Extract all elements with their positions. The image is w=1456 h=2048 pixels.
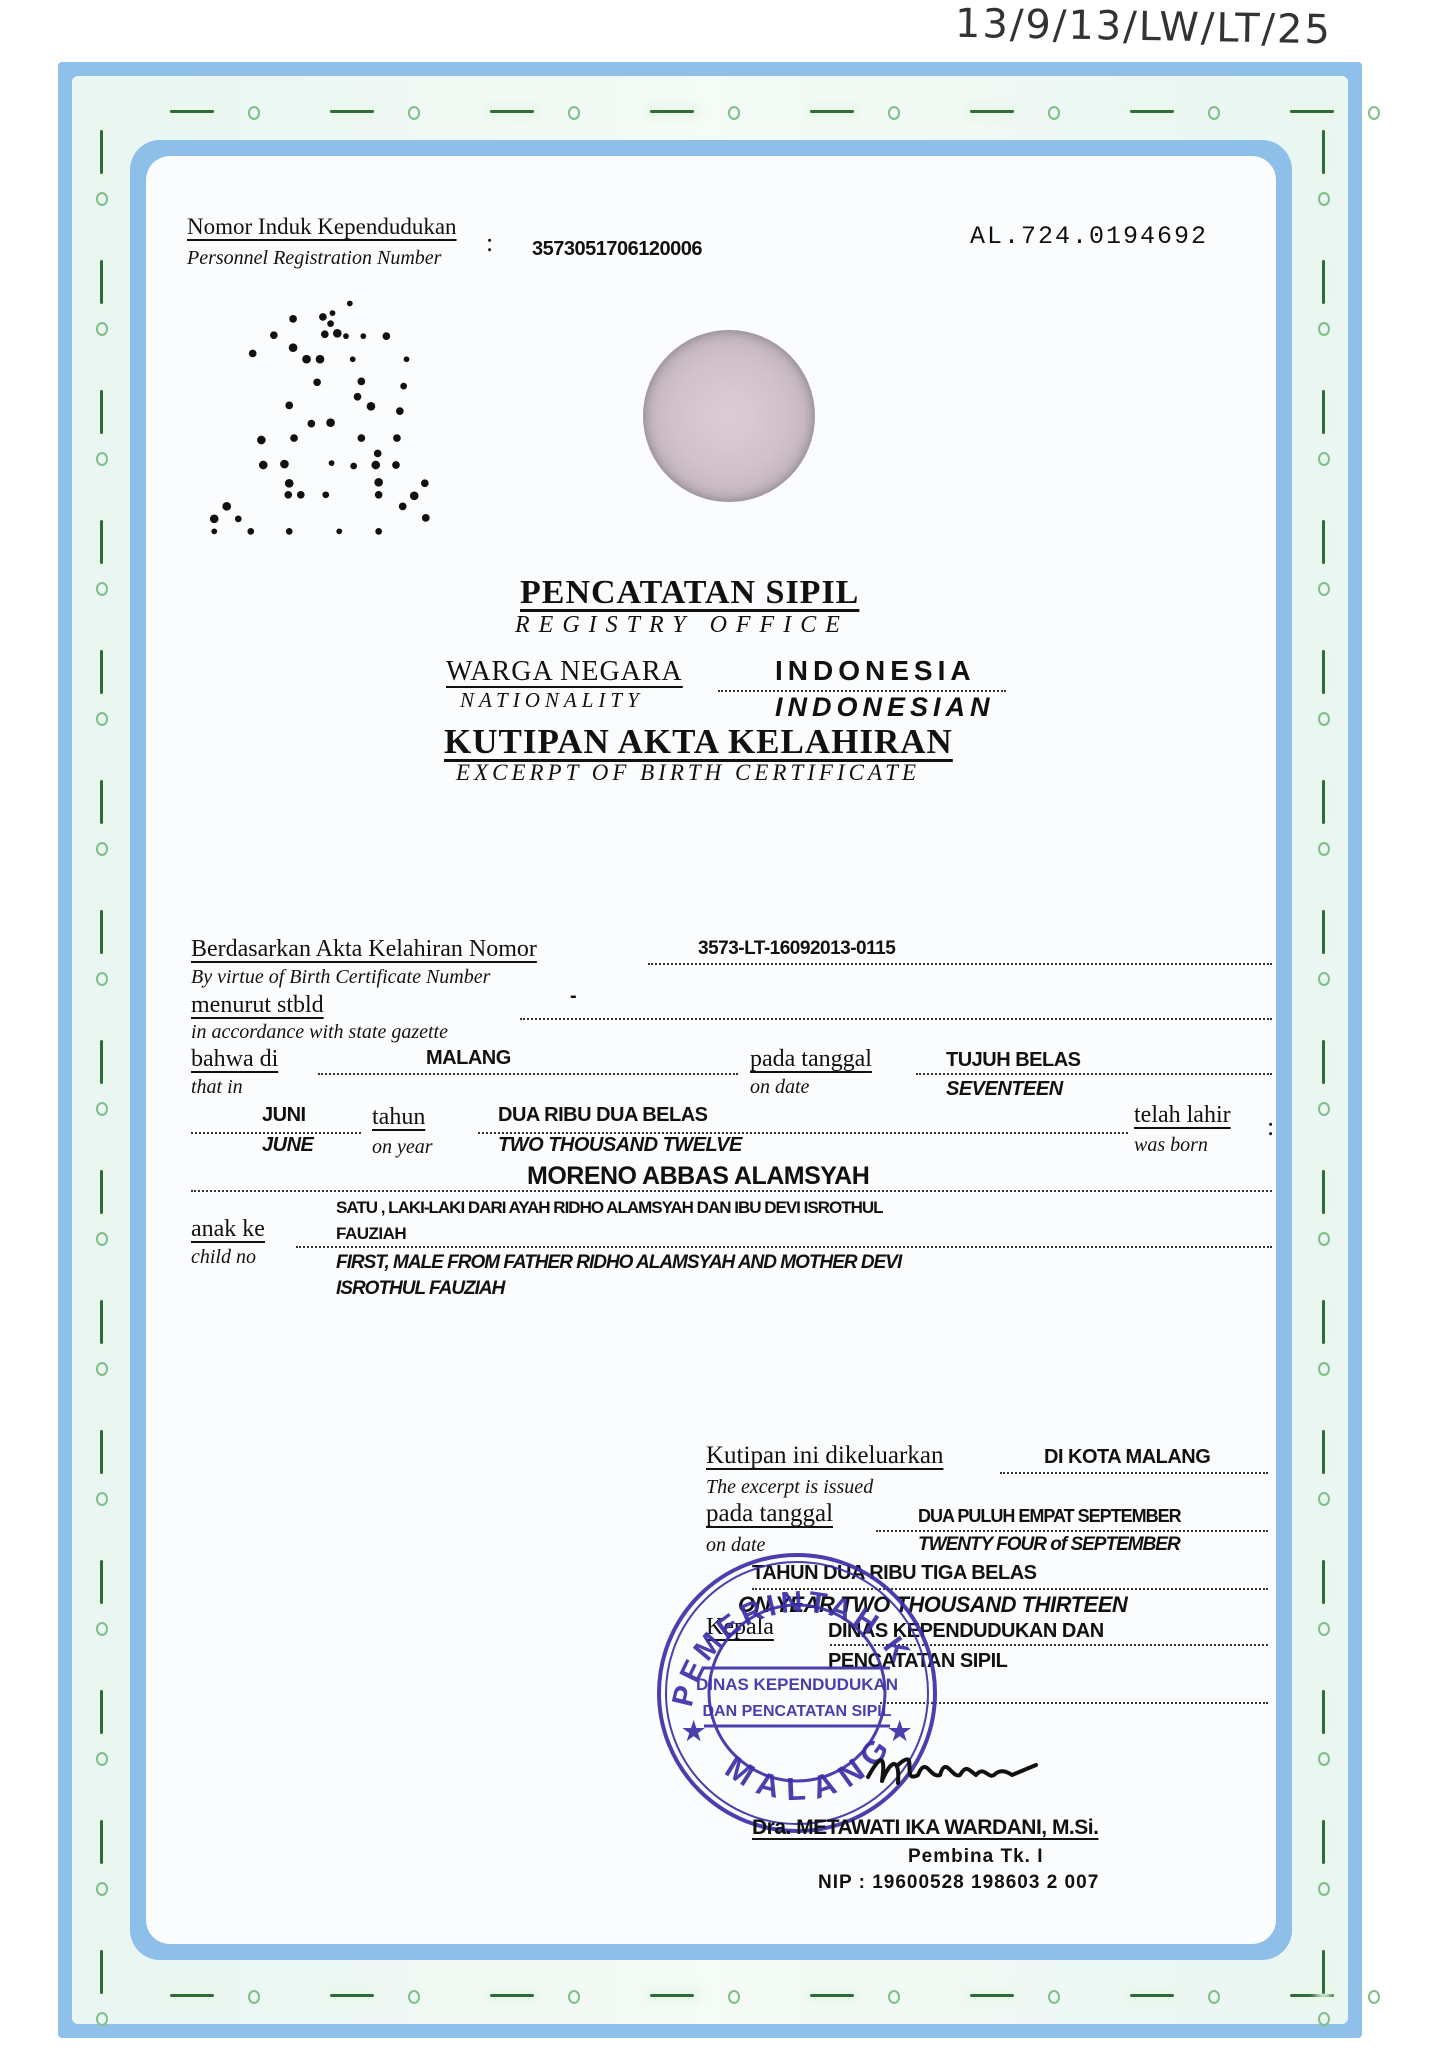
border-ornament — [96, 1102, 108, 1116]
cert-number-label: Berdasarkan Akta Kelahiran Nomor — [191, 936, 537, 963]
cert-number-label-en: By virtue of Birth Certificate Number — [191, 966, 490, 989]
border-ornament — [1208, 1990, 1220, 2004]
birth-year-label: tahun — [372, 1104, 425, 1131]
border-ornament — [408, 1990, 420, 2004]
serial-number: AL.724.0194692 — [970, 222, 1208, 251]
border-ornament — [100, 520, 103, 564]
border-ornament — [1318, 972, 1330, 986]
border-ornament — [1322, 1040, 1325, 1084]
border-ornament — [1322, 390, 1325, 434]
border-ornament — [970, 1994, 1014, 1997]
border-ornament — [96, 1362, 108, 1376]
border-ornament — [100, 1560, 103, 1604]
border-ornament — [1322, 1170, 1325, 1214]
svg-text:DINAS KEPENDUDUKAN: DINAS KEPENDUDUKAN — [696, 1675, 898, 1694]
border-ornament — [1322, 1820, 1325, 1864]
place-value: MALANG — [426, 1047, 511, 1070]
border-ornament — [1368, 106, 1380, 120]
border-ornament — [96, 192, 108, 206]
border-ornament — [96, 1622, 108, 1636]
border-ornament — [1318, 322, 1330, 336]
border-ornament — [170, 110, 214, 113]
border-ornament — [96, 582, 108, 596]
border-ornament — [568, 106, 580, 120]
signature — [860, 1735, 1060, 1805]
border-ornament — [888, 1990, 900, 2004]
nationality-value: INDONESIA — [775, 655, 976, 687]
issue-date-label: pada tanggal — [706, 1500, 833, 1528]
border-ornament — [1322, 1690, 1325, 1734]
border-ornament — [96, 842, 108, 856]
border-ornament — [728, 1990, 740, 2004]
border-ornament — [96, 1882, 108, 1896]
border-ornament — [1318, 842, 1330, 856]
border-ornament — [1130, 1994, 1174, 1997]
issue-date-value: DUA PULUH EMPAT SEPTEMBER — [918, 1506, 1181, 1527]
child-no-dots — [296, 1246, 1272, 1248]
border-ornament — [810, 1994, 854, 1997]
border-ornament — [96, 452, 108, 466]
issue-date-value-en: TWENTY FOUR of SEPTEMBER — [918, 1534, 1180, 1556]
border-ornament — [330, 1994, 374, 1997]
border-ornament — [970, 110, 1014, 113]
border-ornament — [248, 106, 260, 120]
birth-date-value-en: SEVENTEEN — [946, 1078, 1063, 1101]
office-title: PENCATATAN SIPIL — [520, 574, 859, 612]
border-ornament — [100, 1820, 103, 1864]
child-no-value-line1: SATU , LAKI-LAKI DARI AYAH RIDHO ALAMSYA… — [336, 1198, 883, 1218]
signatory-nip: NIP : 19600528 198603 2 007 — [818, 1872, 1099, 1894]
border-ornament — [96, 1492, 108, 1506]
border-ornament — [96, 2012, 108, 2026]
child-no-label: anak ke — [191, 1216, 265, 1243]
border-ornament — [1318, 192, 1330, 206]
border-ornament — [568, 1990, 580, 2004]
border-ornament — [1322, 260, 1325, 304]
stbld-label-en: in accordance with state gazette — [191, 1021, 448, 1044]
birth-month-value: JUNI — [262, 1104, 306, 1127]
issued-value: DI KOTA MALANG — [1044, 1446, 1210, 1469]
border-ornament — [1322, 910, 1325, 954]
border-ornament — [100, 1430, 103, 1474]
border-ornament — [1290, 110, 1334, 113]
border-ornament — [100, 390, 103, 434]
border-ornament — [1368, 1990, 1380, 2004]
born-label: telah lahir — [1134, 1102, 1231, 1129]
birth-year-value: DUA RIBU DUA BELAS — [498, 1104, 708, 1127]
border-ornament — [1322, 520, 1325, 564]
nik-value: 3573051706120006 — [532, 238, 702, 261]
signatory-name: Dra. METAWATI IKA WARDANI, M.Si. — [752, 1816, 1098, 1840]
border-ornament — [728, 106, 740, 120]
border-ornament — [650, 1994, 694, 1997]
border-ornament — [96, 322, 108, 336]
border-ornament — [1322, 1950, 1325, 1994]
border-ornament — [100, 1040, 103, 1084]
border-ornament — [100, 1170, 103, 1214]
embossed-seal — [643, 330, 815, 502]
border-ornament — [1322, 1560, 1325, 1604]
border-ornament — [1322, 780, 1325, 824]
border-ornament — [490, 1994, 534, 1997]
border-ornament — [100, 260, 103, 304]
birth-year-value-en: TWO THOUSAND TWELVE — [498, 1134, 742, 1157]
border-ornament — [1322, 1430, 1325, 1474]
signatory-rank: Pembina Tk. I — [908, 1846, 1043, 1868]
border-ornament — [96, 1232, 108, 1246]
border-ornament — [1318, 452, 1330, 466]
border-ornament — [1318, 1362, 1330, 1376]
border-ornament — [100, 1950, 103, 1994]
border-ornament — [1048, 106, 1060, 120]
border-ornament — [100, 910, 103, 954]
child-no-value-line2: FAUZIAH — [336, 1224, 406, 1244]
border-ornament — [248, 1990, 260, 2004]
border-ornament — [100, 780, 103, 824]
stbld-label: menurut stbld — [191, 992, 324, 1019]
border-ornament — [1318, 2012, 1330, 2026]
border-ornament — [1048, 1990, 1060, 2004]
border-ornament — [96, 1752, 108, 1766]
border-ornament — [810, 110, 854, 113]
stbld-dots — [520, 1018, 1272, 1020]
child-no-value-en-line1: FIRST, MALE FROM FATHER RIDHO ALAMSYAH A… — [336, 1252, 901, 1274]
border-ornament — [1318, 1102, 1330, 1116]
svg-text:DAN PENCATATAN SIPIL: DAN PENCATATAN SIPIL — [702, 1703, 891, 1720]
place-dots — [318, 1073, 738, 1075]
border-ornament — [330, 110, 374, 113]
birth-date-value: TUJUH BELAS — [946, 1049, 1081, 1072]
border-ornament — [1318, 582, 1330, 596]
border-ornament — [1318, 712, 1330, 726]
office-title-en: REGISTRY OFFICE — [515, 612, 849, 639]
cert-number-dots — [648, 963, 1272, 965]
handwritten-reference: 13/9/13/LW/LT/25 — [955, 1, 1333, 54]
border-ornament — [1318, 1622, 1330, 1636]
birth-date-label: pada tanggal — [750, 1046, 872, 1073]
border-ornament — [1318, 1882, 1330, 1896]
nationality-label-en: NATIONALITY — [460, 688, 644, 713]
nik-label: Nomor Induk Kependudukan — [187, 214, 457, 240]
birth-month-value-en: JUNE — [262, 1134, 313, 1157]
issue-date-dots — [876, 1530, 1268, 1532]
document-title-en: EXCERPT OF BIRTH CERTIFICATE — [456, 760, 920, 786]
nik-label-en: Personnel Registration Number — [187, 247, 441, 270]
border-ornament — [1322, 130, 1325, 174]
border-ornament — [1208, 106, 1220, 120]
birth-year-label-en: on year — [372, 1136, 433, 1159]
border-ornament — [96, 712, 108, 726]
border-ornament — [1318, 1752, 1330, 1766]
nationality-label: WARGA NEGARA — [446, 656, 683, 688]
birth-date-label-en: on date — [750, 1076, 809, 1099]
child-name: MORENO ABBAS ALAMSYAH — [527, 1162, 869, 1191]
border-ornament — [100, 1300, 103, 1344]
child-no-value-en-line2: ISROTHUL FAUZIAH — [336, 1278, 504, 1300]
border-ornament — [408, 106, 420, 120]
border-ornament — [650, 110, 694, 113]
cert-number-value: 3573-LT-16092013-0115 — [698, 938, 895, 960]
border-ornament — [1322, 1300, 1325, 1344]
border-ornament — [1290, 1994, 1334, 1997]
nationality-value-en: INDONESIAN — [775, 692, 995, 723]
place-label-en: that in — [191, 1076, 243, 1099]
born-label-en: was born — [1134, 1134, 1208, 1157]
border-ornament — [170, 1994, 214, 1997]
issued-label: Kutipan ini dikeluarkan — [706, 1442, 943, 1470]
document-title: KUTIPAN AKTA KELAHIRAN — [444, 722, 953, 762]
nik-colon: : — [486, 228, 493, 258]
border-ornament — [1130, 110, 1174, 113]
border-ornament — [1318, 1492, 1330, 1506]
border-ornament — [1318, 1232, 1330, 1246]
border-ornament — [100, 650, 103, 694]
border-ornament — [1322, 650, 1325, 694]
child-no-label-en: child no — [191, 1246, 256, 1269]
birth-date-dots — [916, 1073, 1272, 1075]
border-ornament — [888, 106, 900, 120]
border-ornament — [490, 110, 534, 113]
border-ornament — [100, 1690, 103, 1734]
born-colon: : — [1267, 1112, 1274, 1142]
border-ornament — [96, 972, 108, 986]
stbld-value: - — [570, 985, 576, 1008]
border-ornament — [100, 130, 103, 174]
issued-dots — [1000, 1472, 1268, 1474]
place-label: bahwa di — [191, 1046, 278, 1073]
issued-label-en: The excerpt is issued — [706, 1476, 873, 1499]
svg-text:★: ★ — [682, 1716, 706, 1746]
garuda-emblem-icon — [195, 285, 445, 545]
